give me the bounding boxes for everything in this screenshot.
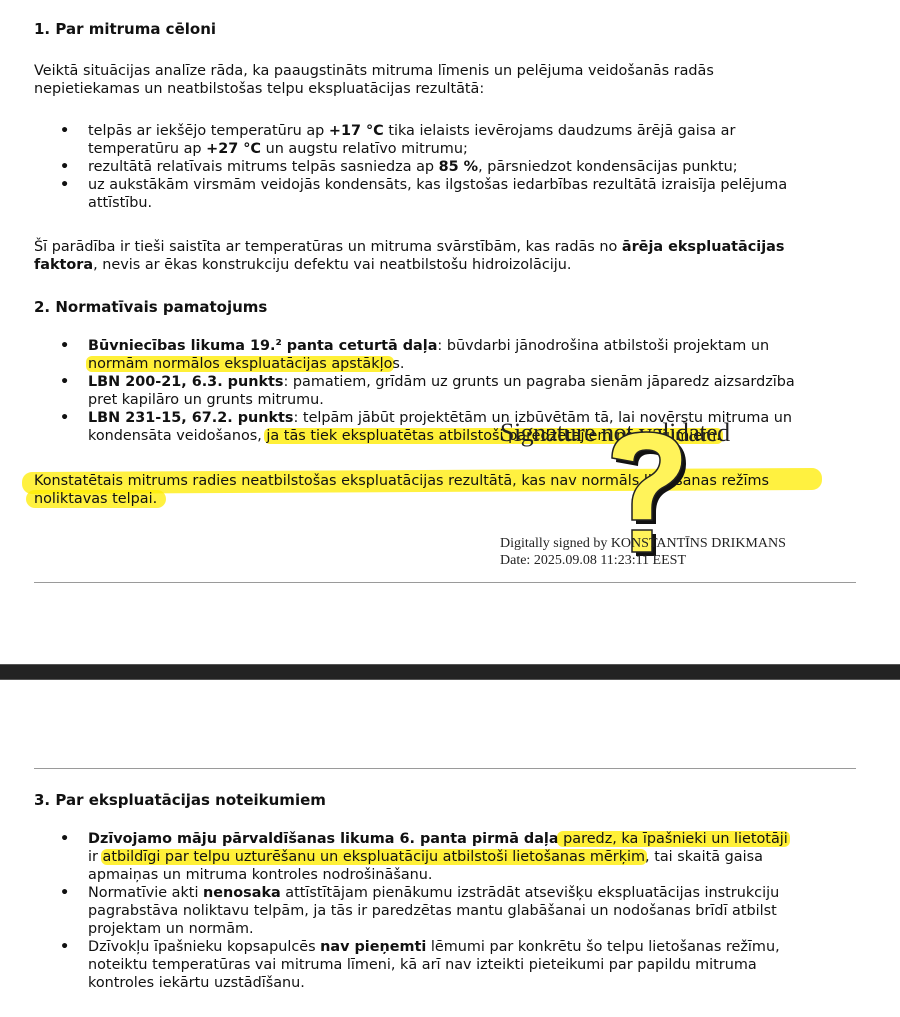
text: kontroles iekārtu uzstādīšanu. — [88, 974, 788, 992]
list-item: • Normatīvie akti nenosaka attīstītājam … — [60, 884, 788, 938]
pdf-page-2: 3. Par ekspluatācijas noteikumiem • Dzīv… — [0, 680, 900, 1017]
bullet-icon: • — [60, 337, 69, 355]
emphasis: nenosaka — [203, 885, 281, 901]
highlighted-text: normām normālos ekspluatācijas apstākļo — [86, 356, 394, 372]
list-item: • Dzīvokļu īpašnieku kopsapulcēs nav pie… — [60, 938, 788, 992]
text: un augstu relatīvo mitrumu; — [261, 141, 468, 157]
section-1-intro-line-1: Veiktā situācijas analīze rāda, ka paaug… — [34, 62, 714, 80]
section-3-bullet-list: • Dzīvojamo māju pārvaldīšanas likuma 6.… — [60, 830, 788, 992]
text: uz aukstākām virsmām veidojās kondensāts… — [88, 176, 787, 194]
text: , tai skaitā gaisa — [645, 849, 763, 865]
signed-by-text: Digitally signed by KONSTANTĪNS DRIKMANS — [500, 535, 786, 552]
page-separator — [0, 664, 900, 680]
text: Dzīvokļu īpašnieku kopsapulcēs — [88, 939, 320, 955]
text: tika ielaists ievērojams daudzums ārējā … — [384, 123, 736, 139]
text: temperatūru ap — [88, 141, 206, 157]
text: apmaiņas un mitruma kontroles nodrošināš… — [88, 866, 788, 884]
bullet-icon: • — [60, 409, 69, 427]
highlighted-text: atbildīgi par telpu uzturēšanu un eksplu… — [101, 849, 648, 865]
list-item: • uz aukstākām virsmām veidojās kondensā… — [60, 176, 787, 212]
humidity-value: 85 % — [439, 159, 478, 175]
law-reference: Būvniecības likuma 19.² panta ceturtā da… — [88, 338, 437, 354]
bullet-icon: • — [60, 373, 69, 391]
section-1-bullet-list: • telpās ar iekšējo temperatūru ap +17 °… — [60, 122, 787, 212]
text: telpās ar iekšējo temperatūru ap — [88, 123, 329, 139]
section-1-conclusion-line-2: faktora, nevis ar ēkas konstrukciju defe… — [34, 256, 571, 274]
text: noteiktu temperatūras vai mitruma līmeni… — [88, 956, 788, 974]
section-1-intro-line-2: nepietiekamas un neatbilstošas telpu eks… — [34, 80, 484, 98]
text: , pārsniedzot kondensācijas punktu; — [478, 159, 738, 175]
list-item: • Dzīvojamo māju pārvaldīšanas likuma 6.… — [60, 830, 788, 884]
temperature-value: +27 °C — [206, 141, 261, 157]
text: kondensāta veidošanos, — [88, 428, 266, 444]
emphasis: nav pieņemti — [320, 939, 426, 955]
header-divider — [34, 768, 856, 769]
list-item: • rezultātā relatīvais mitrums telpās sa… — [60, 158, 787, 176]
temperature-value: +17 °C — [329, 123, 384, 139]
section-3-heading: 3. Par ekspluatācijas noteikumiem — [34, 791, 326, 809]
bullet-icon: • — [60, 122, 69, 140]
law-reference: LBN 231-15, 67.2. punkts — [88, 410, 294, 426]
text: pagrabstāva noliktavu telpām, ja tās ir … — [88, 902, 788, 920]
text: attīstītājam pienākumu izstrādāt atseviš… — [281, 885, 779, 901]
text: lēmumi par konkrētu šo telpu lietošanas … — [426, 939, 779, 955]
text: : būvdarbi jānodrošina atbilstoši projek… — [437, 338, 769, 354]
text: rezultātā relatīvais mitrums telpās sasn… — [88, 159, 439, 175]
bullet-icon: • — [60, 884, 69, 902]
bullet-icon: • — [60, 938, 69, 956]
list-item: • LBN 200-21, 6.3. punkts: pamatiem, grī… — [60, 373, 795, 409]
bullet-icon: • — [60, 158, 69, 176]
law-reference: Dzīvojamo māju pārvaldīšanas likuma 6. p… — [88, 831, 559, 847]
section-1-heading: 1. Par mitruma cēloni — [34, 20, 216, 38]
text: attīstību. — [88, 194, 787, 212]
section-1-conclusion-line-1: Šī parādība ir tieši saistīta ar tempera… — [34, 238, 784, 256]
text: pret kapilāro un grunts mitrumu. — [88, 391, 795, 409]
bullet-icon: • — [60, 176, 69, 194]
footer-divider — [34, 582, 856, 583]
highlighted-text: paredz, ka īpašnieki un lietotāji — [557, 831, 790, 847]
section-2-heading: 2. Normatīvais pamatojums — [34, 298, 267, 316]
bullet-icon: • — [60, 830, 69, 848]
signature-date: Date: 2025.09.08 11:23:11 EEST — [500, 552, 786, 569]
text: s. — [392, 356, 404, 372]
list-item: • telpās ar iekšējo temperatūru ap +17 °… — [60, 122, 787, 158]
law-reference: LBN 200-21, 6.3. punkts — [88, 374, 283, 390]
text: Normatīvie akti — [88, 885, 203, 901]
text: : pamatiem, grīdām uz grunts un pagraba … — [283, 374, 794, 390]
pdf-page-1: 1. Par mitruma cēloni Veiktā situācijas … — [0, 0, 900, 664]
digital-signature-block[interactable]: Digitally signed by KONSTANTĪNS DRIKMANS… — [500, 535, 786, 569]
list-item: • Būvniecības likuma 19.² panta ceturtā … — [60, 337, 795, 373]
text: projektam un normām. — [88, 920, 788, 938]
section-2-finding-line-2: noliktavas telpai. — [34, 490, 157, 508]
